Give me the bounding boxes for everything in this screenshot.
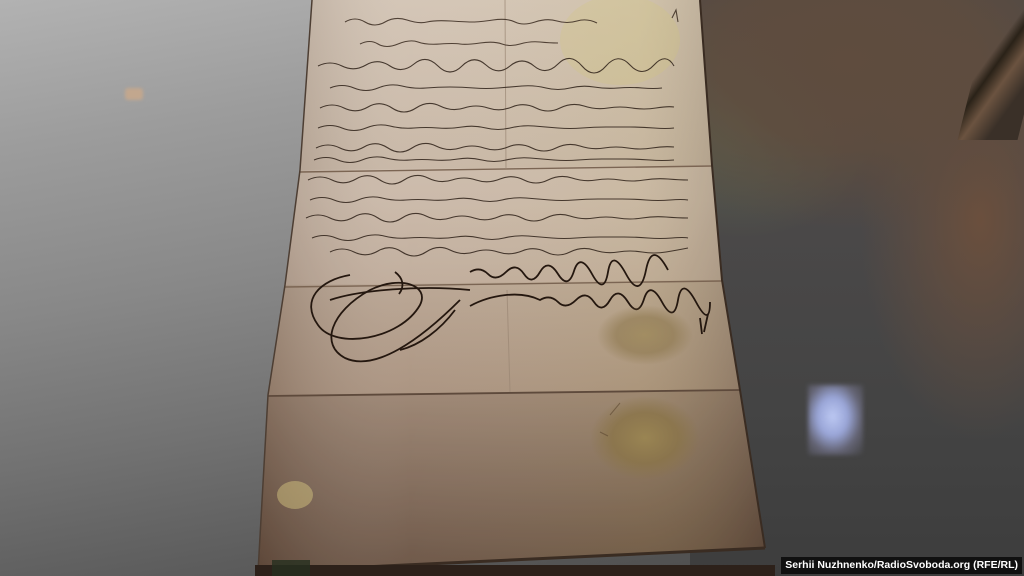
case-bottom-shadow (255, 565, 775, 576)
light-reflection-on-glass (808, 385, 863, 455)
museum-display-photo: Serhii Nuzhnenko/RadioSvoboda.org (RFE/R… (0, 0, 1024, 576)
photo-credit: Serhii Nuzhnenko/RadioSvoboda.org (RFE/R… (781, 557, 1022, 574)
paper-sheet (258, 0, 765, 572)
manuscript-document (0, 0, 1024, 576)
